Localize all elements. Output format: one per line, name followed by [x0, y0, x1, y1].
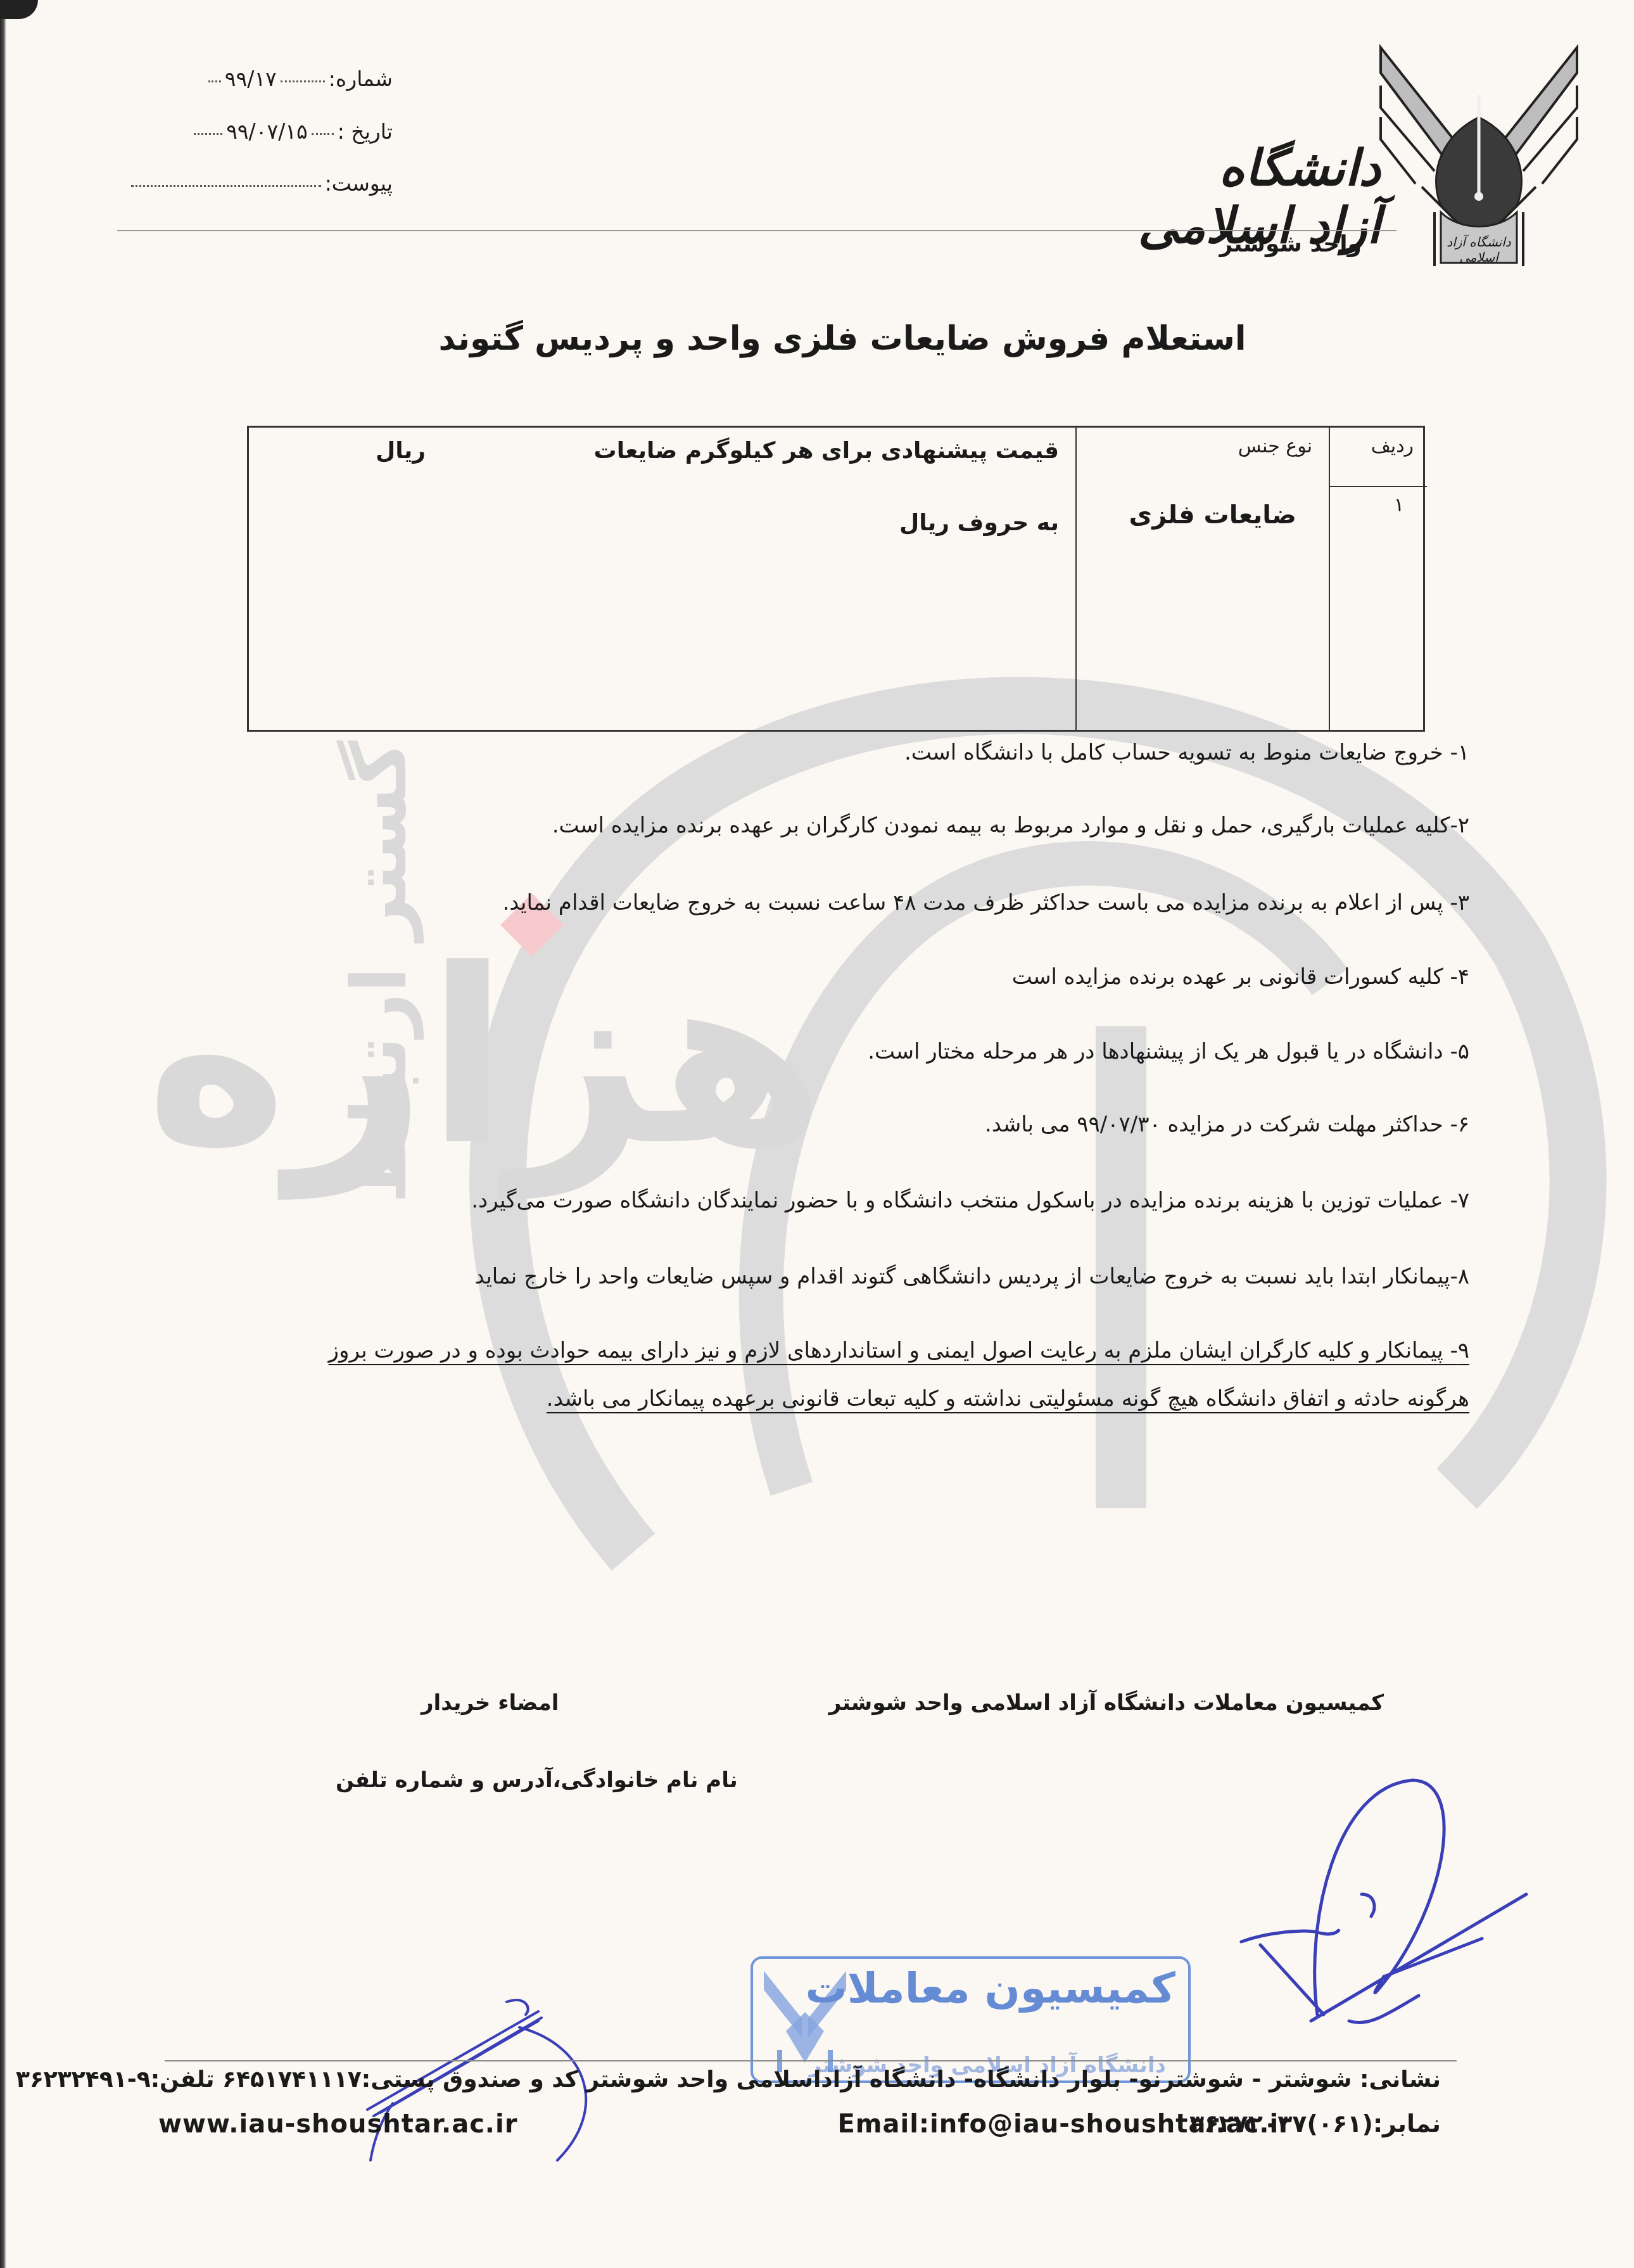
stamp-title: کمیسیون معاملات [805, 1964, 1175, 2013]
commission-signature-icon [1241, 1780, 1526, 2023]
commission-stamp: کمیسیون معاملات دانشگاه آزاد اسلامی واحد… [750, 1956, 1191, 2083]
footer-email[interactable]: Email:info@iau-shoushtar.ac.ir [838, 2110, 1292, 2139]
footer-address: نشانی: شوشتر - شوشترنو- بلوار دانشگاه- د… [16, 2067, 1441, 2093]
footer-website[interactable]: www.iau-shoushtar.ac.ir [158, 2110, 517, 2139]
footer-divider [165, 2060, 1457, 2061]
handwritten-signatures [0, 0, 1634, 2268]
